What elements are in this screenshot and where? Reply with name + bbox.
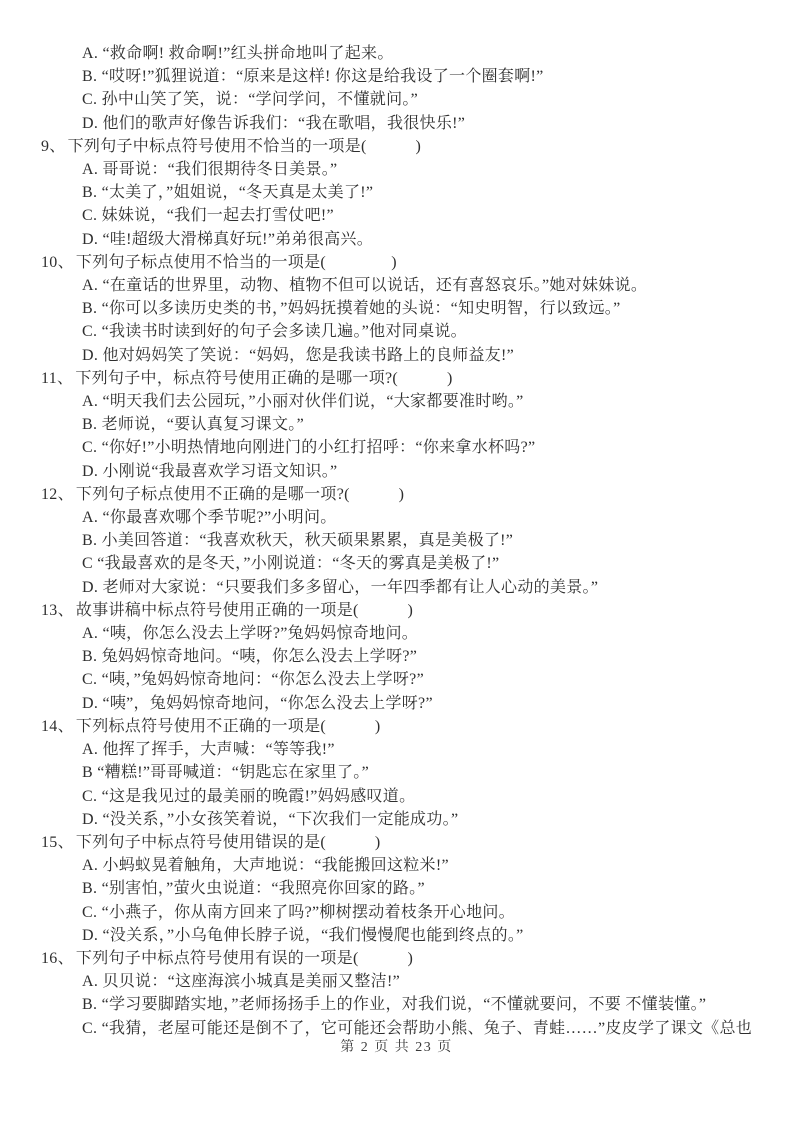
question-option: C. 妹妹说，“我们一起去打雪仗吧!”: [41, 204, 781, 227]
question-option: C. “你好!”小明热情地向刚进门的小红打招呼：“你来拿水杯吗?”: [41, 436, 781, 459]
question-option: B. “太美了，”姐姐说，“冬天真是太美了!”: [41, 181, 781, 204]
question-stem-text: 下列句子中标点符号使用不恰当的一项是( ): [68, 138, 422, 155]
question-stem-text: 下列句子中标点符号使用有误的一项是( ): [76, 950, 413, 967]
question-option: A. 他挥了挥手，大声喊：“等等我!”: [41, 738, 781, 761]
intro-option-line: C. 孙中山笑了笑，说：“学问学问，不懂就问。”: [41, 88, 781, 111]
question-stem-text: 下列句子中，标点符号使用正确的是哪一项?( ): [75, 370, 452, 387]
question-option: A. “你最喜欢哪个季节呢?”小明问。: [41, 506, 781, 529]
question-option: C “我最喜欢的是冬天，”小刚说道：“冬天的雾真是美极了!”: [41, 552, 781, 575]
question-option: B. “别害怕，”萤火虫说道：“我照亮你回家的路。”: [41, 877, 781, 900]
question-number: 11、: [41, 370, 75, 387]
question-stem: 11、下列句子中，标点符号使用正确的是哪一项?( ): [41, 367, 781, 390]
question-number: 9、: [41, 138, 68, 155]
question-number: 10、: [41, 254, 76, 271]
question-stem: 14、下列标点符号使用不正确的一项是( ): [41, 715, 781, 738]
question-stem-text: 故事讲稿中标点符号使用正确的一项是( ): [76, 602, 413, 619]
question-option: C. “小燕子，你从南方回来了吗?”柳树摆动着枝条开心地问。: [41, 901, 781, 924]
question-number: 14、: [41, 718, 76, 735]
question-option: A. “明天我们去公园玩，”小丽对伙伴们说，“大家都要准时哟。”: [41, 390, 781, 413]
question-stem: 15、下列句子中标点符号使用错误的是( ): [41, 831, 781, 854]
question-option: D. “咦”，兔妈妈惊奇地问，“你怎么没去上学呀?”: [41, 692, 781, 715]
question-option: D. “哇!超级大滑梯真好玩!”弟弟很高兴。: [41, 228, 781, 251]
question-stem-text: 下列句子中标点符号使用错误的是( ): [76, 834, 381, 851]
question-option: D. “没关系，”小女孩笑着说，“下次我们一定能成功。”: [41, 808, 781, 831]
intro-option-line: D. 他们的歌声好像告诉我们：“我在歌唱，我很快乐!”: [41, 112, 781, 135]
question-number: 12、: [41, 486, 76, 503]
intro-option-line: B. “哎呀!”狐狸说道：“原来是这样! 你这是给我设了一个圈套啊!”: [41, 65, 781, 88]
question-option: B. “学习要脚踏实地，”老师扬扬手上的作业，对我们说，“不懂就要问，不要 不懂…: [41, 993, 781, 1016]
question-stem: 13、故事讲稿中标点符号使用正确的一项是( ): [41, 599, 781, 622]
question-option: C. “我读书时读到好的句子会多读几遍。”他对同桌说。: [41, 320, 781, 343]
question-stem: 16、下列句子中标点符号使用有误的一项是( ): [41, 947, 781, 970]
intro-option-line: A. “救命啊! 救命啊!”红头拼命地叫了起来。: [41, 42, 781, 65]
question-stem-text: 下列句子标点使用不正确的是哪一项?( ): [76, 486, 404, 503]
question-option: D. 老师对大家说：“只要我们多多留心，一年四季都有让人心动的美景。”: [41, 576, 781, 599]
question-stem-text: 下列句子标点使用不恰当的一项是( ): [76, 254, 397, 271]
question-option: A. 哥哥说：“我们很期待冬日美景。”: [41, 158, 781, 181]
question-option: D. “没关系，”小乌龟伸长脖子说，“我们慢慢爬也能到终点的。”: [41, 924, 781, 947]
page-footer: 第 2 页 共 23 页: [0, 1036, 793, 1056]
question-number: 13、: [41, 602, 76, 619]
question-option: B “糟糕!”哥哥喊道：“钥匙忘在家里了。”: [41, 761, 781, 784]
question-option: D. 他对妈妈笑了笑说：“妈妈，您是我读书路上的良师益友!”: [41, 344, 781, 367]
question-option: B. “你可以多读历史类的书，”妈妈抚摸着她的头说：“知史明智，行以致远。”: [41, 297, 781, 320]
question-option: B. 老师说，“要认真复习课文。”: [41, 413, 781, 436]
question-option: A. “在童话的世界里，动物、植物不但可以说话，还有喜怒哀乐。”她对妹妹说。: [41, 274, 781, 297]
question-option: A. “咦，你怎么没去上学呀?”兔妈妈惊奇地问。: [41, 622, 781, 645]
question-option: D. 小刚说“我最喜欢学习语文知识。”: [41, 460, 781, 483]
question-option: A. 小蚂蚁晃着触角，大声地说：“我能搬回这粒米!”: [41, 854, 781, 877]
question-stem-text: 下列标点符号使用不正确的一项是( ): [76, 718, 381, 735]
exam-page: A. “救命啊! 救命啊!”红头拼命地叫了起来。 B. “哎呀!”狐狸说道：“原…: [0, 0, 793, 1122]
question-number: 16、: [41, 950, 76, 967]
question-stem: 12、下列句子标点使用不正确的是哪一项?( ): [41, 483, 781, 506]
question-option: B. 兔妈妈惊奇地问。“咦，你怎么没去上学呀?”: [41, 645, 781, 668]
question-stem: 10、下列句子标点使用不恰当的一项是( ): [41, 251, 781, 274]
question-option: C. “咦，”兔妈妈惊奇地问：“你怎么没去上学呀?”: [41, 668, 781, 691]
question-option: A. 贝贝说：“这座海滨小城真是美丽又整洁!”: [41, 970, 781, 993]
question-number: 15、: [41, 834, 76, 851]
question-option: B. 小美回答道：“我喜欢秋天，秋天硕果累累，真是美极了!”: [41, 529, 781, 552]
exam-content: A. “救命啊! 救命啊!”红头拼命地叫了起来。 B. “哎呀!”狐狸说道：“原…: [41, 42, 781, 1040]
question-stem: 9、下列句子中标点符号使用不恰当的一项是( ): [41, 135, 781, 158]
question-option: C. “这是我见过的最美丽的晚霞!”妈妈感叹道。: [41, 785, 781, 808]
